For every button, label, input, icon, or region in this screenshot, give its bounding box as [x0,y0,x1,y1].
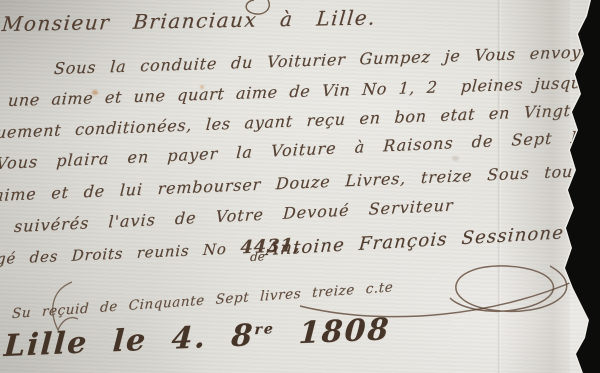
dateline-superscript: re [254,321,275,338]
foxing-stain [452,156,459,161]
signature-prefix: de [250,250,265,264]
torn-paper-edge [540,0,600,373]
photo-of-letter: Monsieur Brianciaux à Lille. Sous la con… [0,0,600,373]
dateline-year: 1808 [273,312,391,352]
